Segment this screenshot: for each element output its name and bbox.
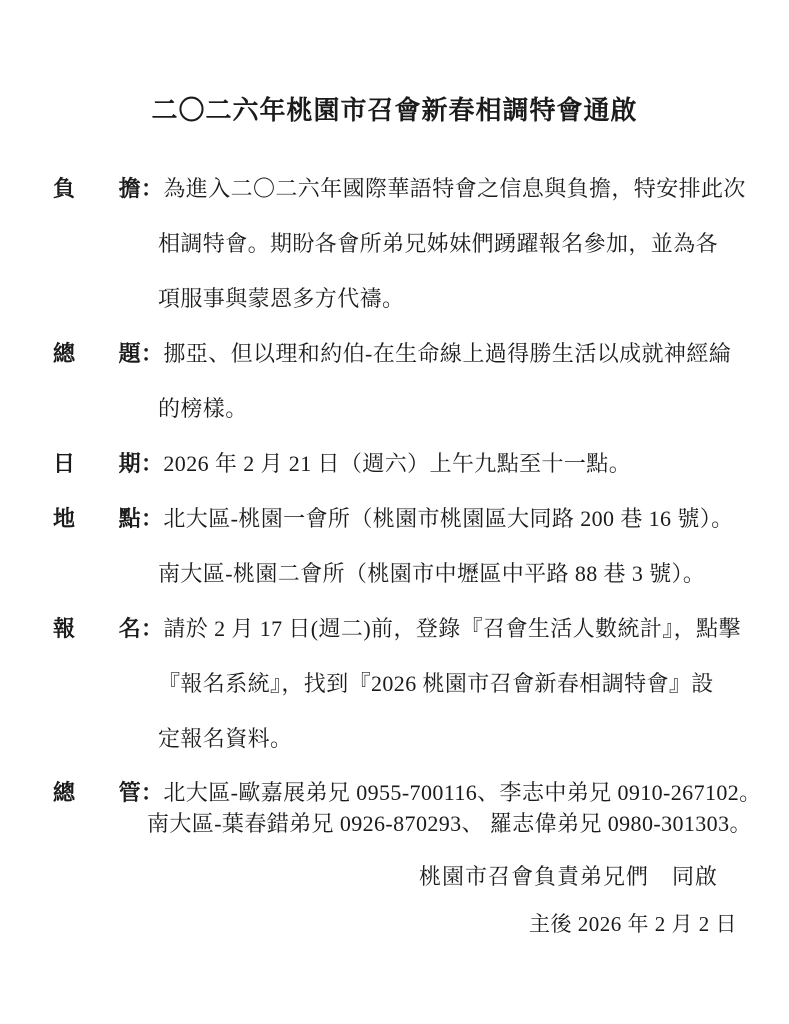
label-char: 期 (119, 436, 141, 491)
section-label: 報名 (53, 601, 141, 656)
section-registration: 報名：請於 2 月 17 日(週二)前，登錄『召會生活人數統計』，點擊 『報名系… (53, 601, 753, 766)
label-char: 管 (119, 777, 141, 808)
section-label: 總題 (53, 326, 141, 381)
label-char: 日 (53, 436, 75, 491)
label-char: 報 (53, 601, 75, 656)
section-line: 的榜樣。 (158, 381, 753, 436)
label-char: 擔 (119, 161, 141, 216)
section-coordinators: 總管：北大區-歐嘉展弟兄 0955-700116、李志中弟兄 0910-2671… (53, 777, 753, 839)
section-line: 挪亞、但以理和約伯-在生命線上過得勝生活以成就神經綸 (163, 341, 731, 366)
section-line: 北大區-歐嘉展弟兄 0955-700116、李志中弟兄 0910-267102。 (163, 780, 761, 805)
label-char: 題 (119, 326, 141, 381)
label-char: 總 (53, 777, 75, 808)
section-line: 『報名系統』，找到『2026 桃園市召會新春相調特會』設 (158, 656, 753, 711)
section-label: 負擔 (53, 161, 141, 216)
label-colon: ： (141, 176, 163, 201)
section-first-row: 負擔：為進入二〇二六年國際華語特會之信息與負擔，特安排此次 (53, 161, 753, 216)
signature-line: 桃園市召會負責弟兄們 同啟 (0, 857, 789, 897)
section-label: 總管 (53, 777, 141, 808)
section-line: 南大區-葉春錯弟兄 0926-870293、 羅志偉弟兄 0980-301303… (147, 808, 753, 839)
section-line: 定報名資料。 (158, 711, 753, 766)
document-title: 二〇二六年桃園市召會新春相調特會通啟 (0, 91, 789, 131)
section-first-row: 日期：2026 年 2 月 21 日（週六）上午九點至十一點。 (53, 436, 753, 491)
section-line: 請於 2 月 17 日(週二)前，登錄『召會生活人數統計』，點擊 (163, 616, 740, 641)
label-colon: ： (141, 341, 163, 366)
section-location: 地點：北大區-桃園一會所（桃園市桃園區大同路 200 巷 16 號）。 南大區-… (53, 491, 753, 601)
section-line: 為進入二〇二六年國際華語特會之信息與負擔，特安排此次 (163, 176, 745, 201)
label-char: 負 (53, 161, 75, 216)
section-line: 項服事與蒙恩多方代禱。 (158, 271, 753, 326)
label-char: 總 (53, 326, 75, 381)
section-line: 北大區-桃園一會所（桃園市桃園區大同路 200 巷 16 號）。 (163, 506, 733, 531)
section-label: 地點 (53, 491, 141, 546)
label-char: 點 (119, 491, 141, 546)
label-colon: ： (141, 616, 163, 641)
label-colon: ： (141, 451, 163, 476)
section-general-topic: 總題：挪亞、但以理和約伯-在生命線上過得勝生活以成就神經綸 的榜樣。 (53, 326, 753, 436)
label-colon: ： (141, 506, 163, 531)
section-label: 日期 (53, 436, 141, 491)
section-burden: 負擔：為進入二〇二六年國際華語特會之信息與負擔，特安排此次 相調特會。期盼各會所… (53, 161, 753, 326)
section-line: 南大區-桃園二會所（桃園市中壢區中平路 88 巷 3 號）。 (158, 546, 753, 601)
section-first-row: 報名：請於 2 月 17 日(週二)前，登錄『召會生活人數統計』，點擊 (53, 601, 753, 656)
section-first-row: 總管：北大區-歐嘉展弟兄 0955-700116、李志中弟兄 0910-2671… (53, 777, 753, 808)
announcement-document: 二〇二六年桃園市召會新春相調特會通啟 負擔：為進入二〇二六年國際華語特會之信息與… (0, 0, 789, 1024)
section-date: 日期：2026 年 2 月 21 日（週六）上午九點至十一點。 (53, 436, 753, 491)
section-line: 2026 年 2 月 21 日（週六）上午九點至十一點。 (163, 451, 631, 476)
label-char: 地 (53, 491, 75, 546)
section-first-row: 地點：北大區-桃園一會所（桃園市桃園區大同路 200 巷 16 號）。 (53, 491, 753, 546)
section-first-row: 總題：挪亞、但以理和約伯-在生命線上過得勝生活以成就神經綸 (53, 326, 753, 381)
section-line: 相調特會。期盼各會所弟兄姊妹們踴躍報名參加，並為各 (158, 216, 753, 271)
label-colon: ： (141, 780, 163, 805)
date-issued-line: 主後 2026 年 2 月 2 日 (0, 906, 789, 942)
label-char: 名 (119, 601, 141, 656)
